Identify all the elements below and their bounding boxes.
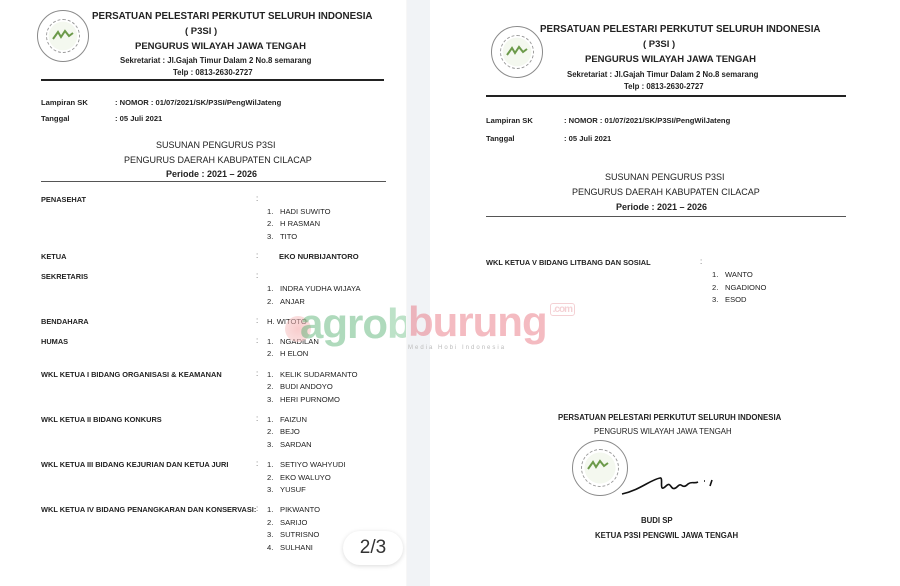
org-name: PERSATUAN PELESTARI PERKUTUT SELURUH IND… [540, 24, 821, 35]
member-list-item: 1.PIKWANTO [267, 505, 320, 514]
member-number: 2. [267, 382, 280, 391]
role-colon: : [256, 336, 258, 345]
member-name: KELIK SUDARMANTO [280, 370, 358, 379]
watermark-burung: burung.com [408, 298, 575, 346]
member-name: PIKWANTO [280, 505, 320, 514]
member-list-item: 2.NGADIONO [712, 283, 766, 292]
member-name: H ELON [280, 349, 308, 358]
role-colon: : [256, 369, 258, 378]
member-number: 3. [267, 395, 280, 404]
role-colon: : [256, 316, 258, 325]
role-colon: : [256, 251, 258, 260]
member-list-item: 3.ESOD [712, 295, 747, 304]
member-name: FAIZUN [280, 415, 307, 424]
member-list-item: 2.H RASMAN [267, 219, 320, 228]
p3si-logo [37, 10, 89, 62]
watermark-bis: bis [387, 300, 406, 347]
watermark-burung-text: burung [408, 298, 547, 345]
org-abbr: ( P3SI ) [643, 39, 675, 50]
member-list-item: 2.BUDI ANDOYO [267, 382, 333, 391]
page-gap [406, 0, 431, 586]
member-list-item: 3.SUTRISNO [267, 530, 319, 539]
member-number: 1. [267, 415, 280, 424]
member-number: 1. [267, 370, 280, 379]
doc-title-period: Periode : 2021 – 2026 [166, 169, 257, 179]
member-number: 3. [267, 232, 280, 241]
member-name: TITO [280, 232, 297, 241]
member-number: 2. [267, 297, 280, 306]
member-list-item: 3.SARDAN [267, 440, 312, 449]
member-number: 3. [712, 295, 725, 304]
committee-role: WKL KETUA III BIDANG KEJURIAN DAN KETUA … [41, 460, 228, 469]
member-name: NGADIONO [725, 283, 766, 292]
header-rule [41, 79, 384, 81]
member-list-item: 2.EKO WALUYO [267, 473, 331, 482]
signature-org-line2: PENGURUS WILAYAH JAWA TENGAH [594, 427, 732, 436]
role-colon: : [700, 257, 702, 266]
page-indicator: 2/3 [343, 531, 403, 565]
lampiran-label: Lampiran SK [41, 98, 88, 107]
member-name: WANTO [725, 270, 753, 279]
doc-title-line1: SUSUNAN PENGURUS P3SI [156, 140, 276, 150]
org-abbr: ( P3SI ) [185, 26, 217, 37]
member-number: 2. [267, 427, 280, 436]
signature-org-line1: PERSATUAN PELESTARI PERKUTUT SELURUH IND… [558, 413, 781, 422]
watermark: agrobis [300, 300, 406, 348]
tanggal-value: : 05 Juli 2021 [115, 114, 162, 123]
role-colon: : [256, 194, 258, 203]
committee-role: BENDAHARA [41, 317, 89, 326]
member-name: SARIJO [280, 518, 307, 527]
member-name: BEJO [280, 427, 300, 436]
member-number: 2. [712, 283, 725, 292]
secretariat-address: Sekretariat : Jl.Gajah Timur Dalam 2 No.… [120, 56, 311, 65]
phone-number: Telp : 0813-2630-2727 [624, 82, 704, 91]
committee-role: HUMAS [41, 337, 68, 346]
member-list-item: 3.YUSUF [267, 485, 306, 494]
committee-role: WKL KETUA V BIDANG LITBANG DAN SOSIAL [486, 258, 651, 267]
role-colon: : [256, 459, 258, 468]
committee-role: WKL KETUA IV BIDANG PENANGKARAN DAN KONS… [41, 505, 256, 514]
signer-name: BUDI SP [641, 516, 673, 525]
committee-role: PENASEHAT [41, 195, 86, 204]
member-name: SARDAN [280, 440, 312, 449]
watermark-subtitle: Media Hobi Indonesia [408, 345, 506, 351]
doc-title-line1: SUSUNAN PENGURUS P3SI [605, 172, 725, 182]
lampiran-value: : NOMOR : 01/07/2021/SK/P3SI/PengWilJate… [115, 98, 281, 107]
role-colon: : [256, 504, 258, 513]
committee-role: KETUA [41, 252, 66, 261]
member-list-item: 2.SARIJO [267, 518, 307, 527]
member-list-item: 1.INDRA YUDHA WIJAYA [267, 284, 361, 293]
secretariat-address: Sekretariat : Jl.Gajah Timur Dalam 2 No.… [567, 70, 758, 79]
member-number: 2. [267, 349, 280, 358]
member-number: 1. [267, 505, 280, 514]
signer-title: KETUA P3SI PENGWIL JAWA TENGAH [595, 531, 738, 540]
member-name: SETIYO WAHYUDI [280, 460, 346, 469]
role-colon: : [256, 271, 258, 280]
member-list-item: 1.FAIZUN [267, 415, 307, 424]
org-division: PENGURUS WILAYAH JAWA TENGAH [585, 54, 756, 65]
member-name: YUSUF [280, 485, 306, 494]
member-name: EKO WALUYO [280, 473, 331, 482]
committee-role: WKL KETUA I BIDANG ORGANISASI & KEAMANAN [41, 370, 222, 379]
committee-role: SEKRETARIS [41, 272, 88, 281]
member-number: 1. [267, 284, 280, 293]
member-name: ESOD [725, 295, 747, 304]
header-rule [486, 95, 846, 97]
doc-title-period: Periode : 2021 – 2026 [616, 202, 707, 212]
member-list-item: 1.HADI SUWITO [267, 207, 331, 216]
doc-title-line2: PENGURUS DAERAH KABUPATEN CILACAP [124, 155, 312, 165]
watermark-com: .com [550, 303, 575, 316]
p3si-logo [491, 26, 543, 78]
member-number: 1. [267, 337, 280, 346]
watermark-agro: agro [300, 300, 387, 347]
member-number: 1. [712, 270, 725, 279]
org-name: PERSATUAN PELESTARI PERKUTUT SELURUH IND… [92, 11, 373, 22]
member-name: SULHANI [280, 543, 313, 552]
tanggal-label: Tanggal [41, 114, 70, 123]
member-list-item: 1.SETIYO WAHYUDI [267, 460, 346, 469]
member-list-item: 1.WANTO [712, 270, 753, 279]
document-page-left: PERSATUAN PELESTARI PERKUTUT SELURUH IND… [0, 0, 406, 586]
member-name: HADI SUWITO [280, 207, 331, 216]
document-page-right: PERSATUAN PELESTARI PERKUTUT SELURUH IND… [430, 0, 900, 586]
member-name: SUTRISNO [280, 530, 319, 539]
member-list-item: 3.TITO [267, 232, 297, 241]
member-number: 2. [267, 219, 280, 228]
member-number: 3. [267, 440, 280, 449]
org-division: PENGURUS WILAYAH JAWA TENGAH [135, 41, 306, 52]
member-name: EKO NURBIJANTORO [279, 252, 359, 261]
phone-number: Telp : 0813-2630-2727 [173, 68, 253, 77]
member-list-item: 2.H ELON [267, 349, 308, 358]
member-list-item: 3.HERI PURNOMO [267, 395, 340, 404]
member-number: 2. [267, 518, 280, 527]
member-number: 3. [267, 485, 280, 494]
member-number: 3. [267, 530, 280, 539]
member-number: 2. [267, 473, 280, 482]
tanggal-value: : 05 Juli 2021 [564, 134, 611, 143]
signature-icon [620, 472, 720, 498]
member-name: INDRA YUDHA WIJAYA [280, 284, 361, 293]
title-rule [41, 181, 386, 182]
committee-role: WKL KETUA II BIDANG KONKURS [41, 415, 162, 424]
member-name: H RASMAN [280, 219, 320, 228]
member-number: 1. [267, 207, 280, 216]
member-name: HERI PURNOMO [280, 395, 340, 404]
member-list-item: 4.SULHANI [267, 543, 313, 552]
member-number: 1. [267, 460, 280, 469]
tanggal-label: Tanggal [486, 134, 515, 143]
title-rule [486, 216, 846, 217]
lampiran-label: Lampiran SK [486, 116, 533, 125]
lampiran-value: : NOMOR : 01/07/2021/SK/P3SI/PengWilJate… [564, 116, 730, 125]
member-number: 4. [267, 543, 280, 552]
member-list-item: 2.BEJO [267, 427, 300, 436]
member-list-item: 1.KELIK SUDARMANTO [267, 370, 358, 379]
member-name: BUDI ANDOYO [280, 382, 333, 391]
doc-title-line2: PENGURUS DAERAH KABUPATEN CILACAP [572, 187, 760, 197]
role-colon: : [256, 414, 258, 423]
